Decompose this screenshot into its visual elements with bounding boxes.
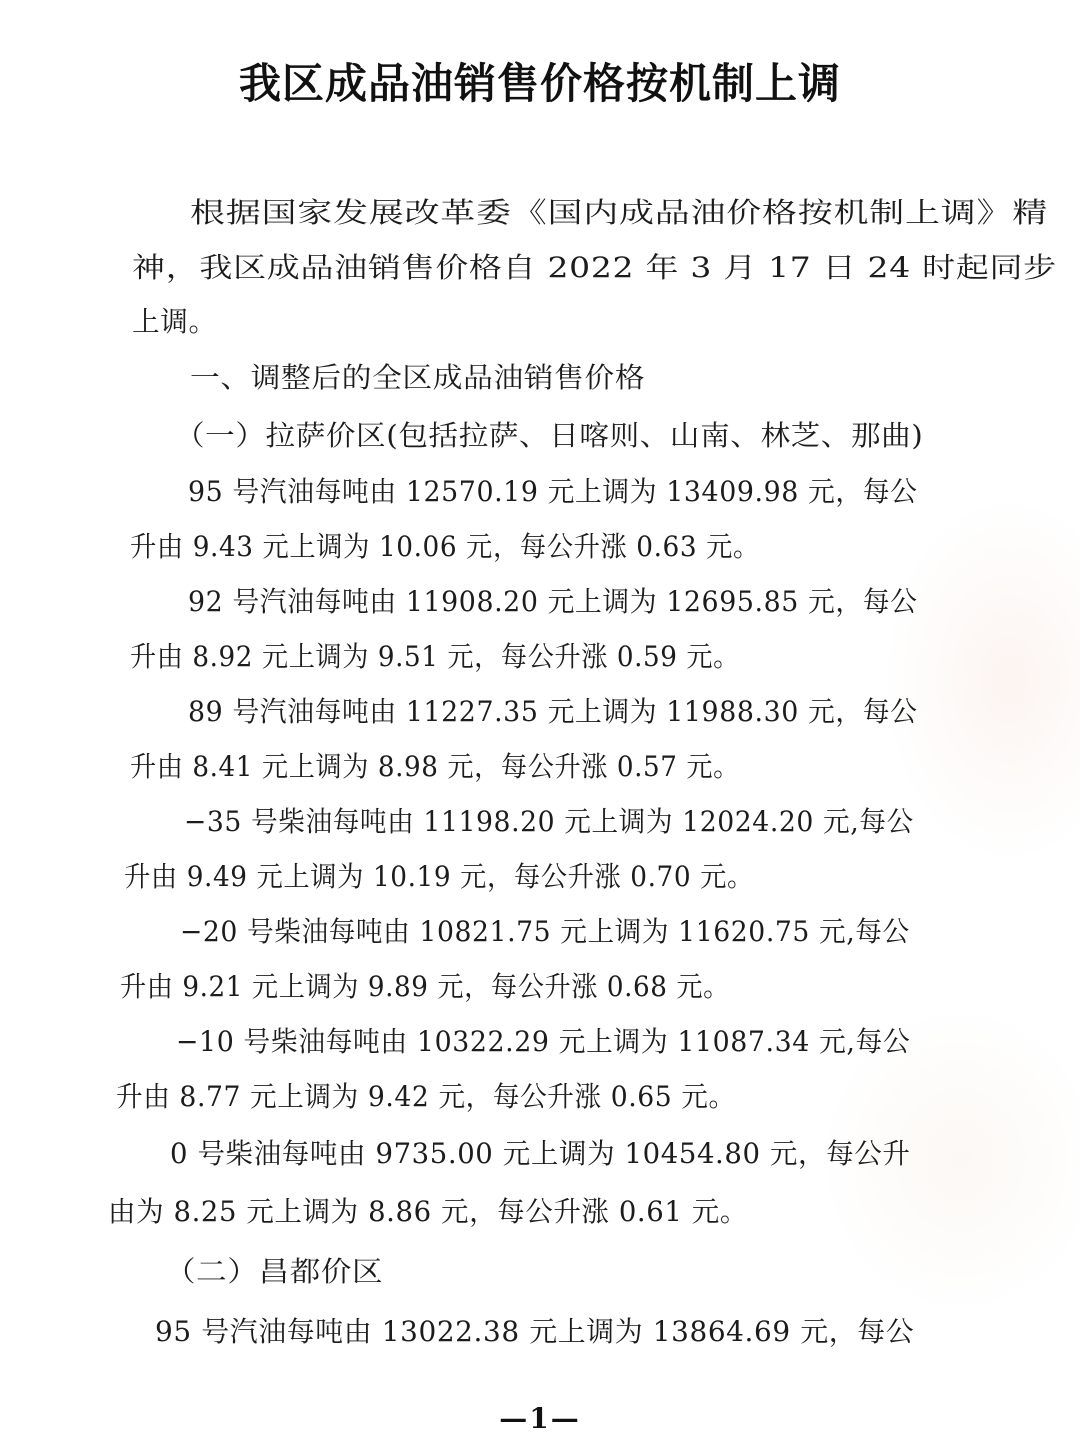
price-item-minus35-line-2: 升由 9.49 元上调为 10.19 元，每公升涨 0.70 元。: [124, 857, 754, 897]
price-item-changdu-95-line-1: 95 号汽油每吨由 13022.38 元上调为 13864.69 元，每公: [155, 1312, 914, 1352]
subsection-heading-lhasa: （一）拉萨价区(包括拉萨、日喀则、山南、林芝、那曲): [175, 416, 923, 456]
price-item-92-line-2: 升由 8.92 元上调为 9.51 元，每公升涨 0.59 元。: [130, 637, 740, 677]
intro-line-1: 根据国家发展改革委《国内成品油价格按机制上调》精: [190, 193, 1048, 233]
price-item-minus10-line-1: −10 号柴油每吨由 10322.29 元上调为 11087.34 元,每公: [176, 1022, 910, 1062]
price-item-92-line-1: 92 号汽油每吨由 11908.20 元上调为 12695.85 元，每公: [188, 582, 918, 622]
price-item-95-line-2: 升由 9.43 元上调为 10.06 元，每公升涨 0.63 元。: [130, 527, 760, 567]
price-item-89-line-1: 89 号汽油每吨由 11227.35 元上调为 11988.30 元，每公: [188, 692, 918, 732]
intro-line-2: 神，我区成品油销售价格自 2022 年 3 月 17 日 24 时起同步: [132, 248, 1057, 288]
price-item-minus35-line-1: −35 号柴油每吨由 11198.20 元上调为 12024.20 元,每公: [184, 802, 914, 842]
subsection-heading-changdu: （二）昌都价区: [165, 1252, 383, 1292]
section-heading-1: 一、调整后的全区成品油销售价格: [190, 358, 645, 398]
intro-line-3: 上调。: [132, 302, 217, 342]
price-item-minus20-line-2: 升由 9.21 元上调为 9.89 元，每公升涨 0.68 元。: [120, 967, 730, 1007]
price-item-minus10-line-2: 升由 8.77 元上调为 9.42 元，每公升涨 0.65 元。: [116, 1077, 736, 1117]
price-item-0-line-1: 0 号柴油每吨由 9735.00 元上调为 10454.80 元，每公升: [170, 1134, 911, 1174]
document-page: 我区成品油销售价格按机制上调 根据国家发展改革委《国内成品油价格按机制上调》精 …: [0, 0, 1080, 1439]
price-item-89-line-2: 升由 8.41 元上调为 8.98 元，每公升涨 0.57 元。: [130, 747, 740, 787]
price-item-minus20-line-1: −20 号柴油每吨由 10821.75 元上调为 11620.75 元,每公: [180, 912, 910, 952]
page-number: —1—: [0, 1402, 1080, 1435]
price-item-95-line-1: 95 号汽油每吨由 12570.19 元上调为 13409.98 元，每公: [188, 472, 918, 512]
price-item-0-line-2: 由为 8.25 元上调为 8.86 元，每公升涨 0.61 元。: [108, 1192, 748, 1232]
document-title: 我区成品油销售价格按机制上调: [0, 54, 1080, 114]
